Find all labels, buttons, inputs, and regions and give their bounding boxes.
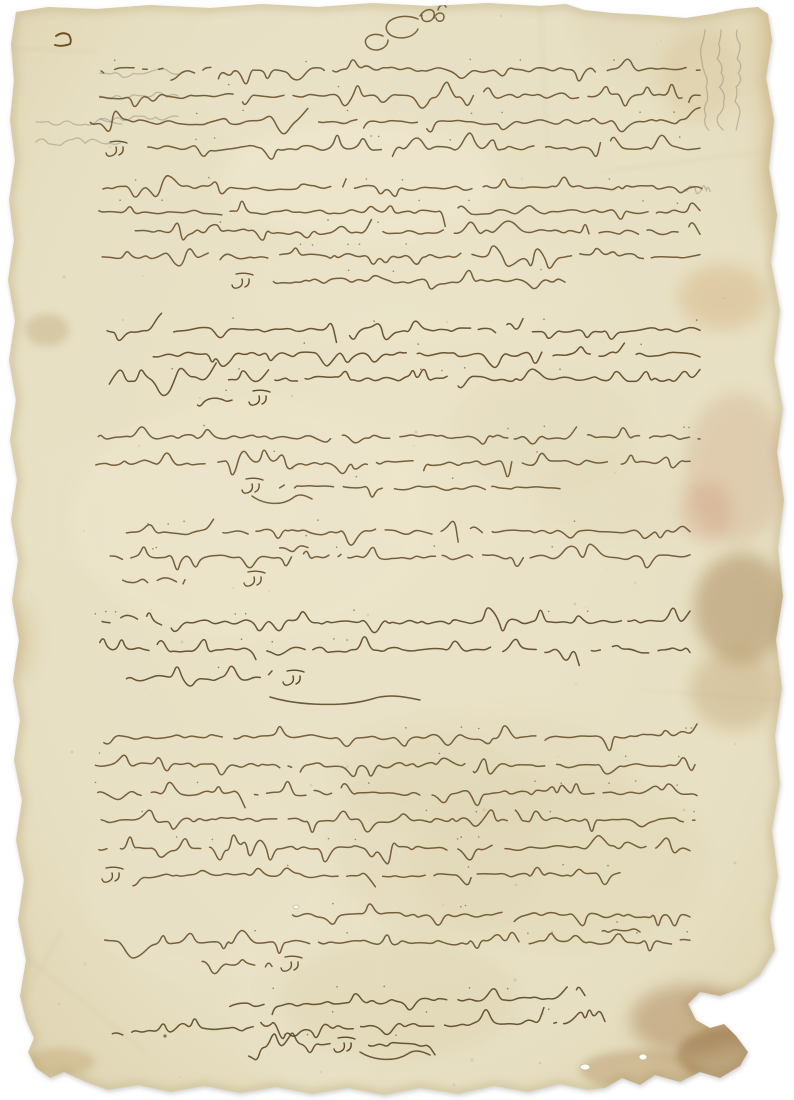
stain [5,600,35,680]
worm-hole [639,1054,647,1060]
stain [280,940,520,1060]
stain [680,482,732,542]
stain [690,650,780,730]
worm-hole [293,905,299,909]
stain [220,120,500,240]
stain [25,314,69,346]
stain [660,30,740,120]
stain [757,120,793,240]
worm-hole [580,1064,590,1070]
stain [678,265,768,329]
manuscript-image [0,0,794,1100]
stain [694,553,790,663]
stain [25,1048,95,1076]
stain [410,770,710,950]
ink-dot [163,1034,166,1037]
manuscript-scan [0,0,794,1100]
